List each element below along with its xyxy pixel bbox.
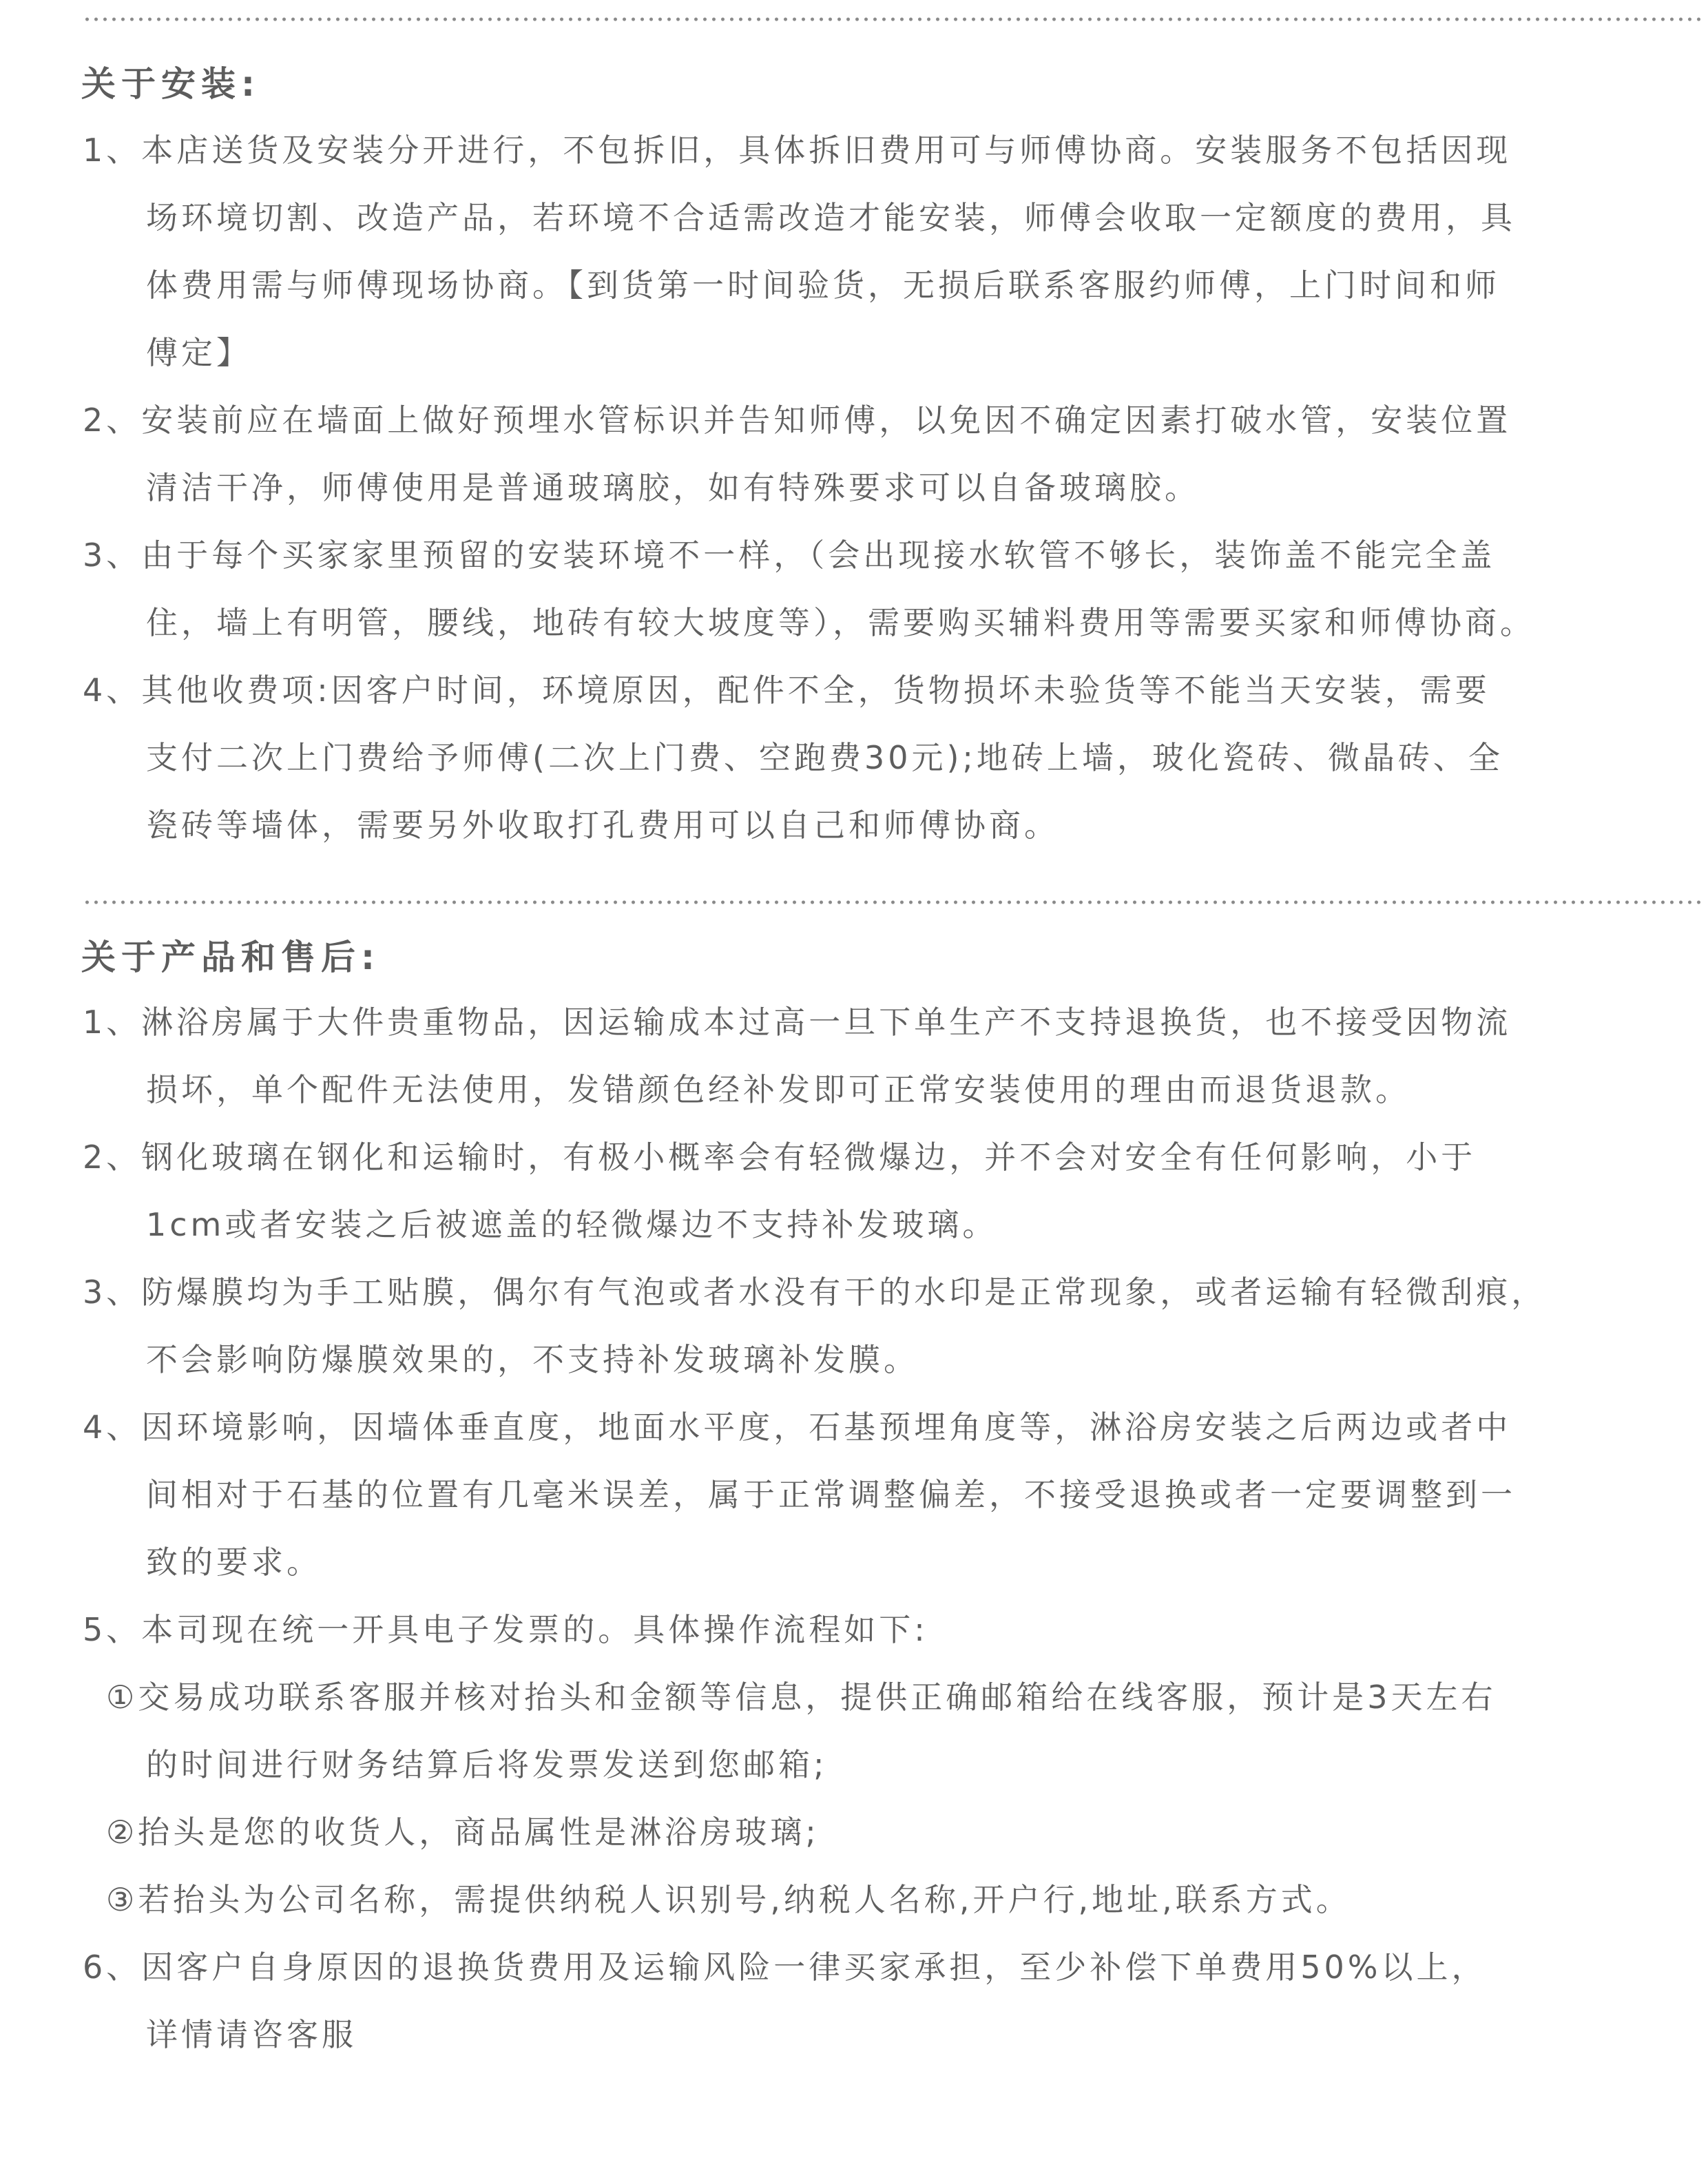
installation-terms-list: 1、本店送货及安装分开进行，不包拆旧，具体拆旧费用可与师傅协商。安装服务不包括因… [83, 116, 1694, 859]
list-item: 2、钢化玻璃在钢化和运输时，有极小概率会有轻微爆边，并不会对安全有任何影响，小于 [83, 1123, 1694, 1191]
list-item: 6、因客户自身原因的退换货费用及运输风险一律买家承担，至少补偿下单费用50%以上… [83, 1933, 1694, 2001]
list-item: 3、防爆膜均为手工贴膜，偶尔有气泡或者水没有干的水印是正常现象，或者运输有轻微刮… [83, 1258, 1694, 1326]
list-item-continuation: 损坏，单个配件无法使用，发错颜色经补发即可正常安装使用的理由而退货退款。 [83, 1056, 1694, 1123]
list-item-continuation: 住，墙上有明管，腰线，地砖有较大坡度等），需要购买辅料费用等需要买家和师傅协商。 [83, 589, 1694, 656]
list-item-continuation: 清洁干净，师傅使用是普通玻璃胶，如有特殊要求可以自备玻璃胶。 [83, 454, 1694, 521]
list-item-continuation: 不会影响防爆膜效果的，不支持补发玻璃补发膜。 [83, 1326, 1694, 1393]
list-item: 4、因环境影响，因墙体垂直度，地面水平度，石基预埋角度等，淋浴房安装之后两边或者… [83, 1393, 1694, 1461]
list-item-continuation: 致的要求。 [83, 1528, 1694, 1596]
list-item: 4、其他收费项:因客户时间，环境原因，配件不全，货物损坏未验货等不能当天安装，需… [83, 656, 1694, 724]
list-item-continuation: 傅定】 [83, 319, 1694, 386]
product-aftersales-terms-list: 1、淋浴房属于大件贵重物品，因运输成本过高一旦下单生产不支持退换货，也不接受因物… [83, 988, 1694, 2068]
section-heading-installation: 关于安装: [81, 63, 260, 105]
dotted-divider-top [83, 17, 1701, 21]
list-item-continuation: 间相对于石基的位置有几毫米误差，属于正常调整偏差，不接受退换或者一定要调整到一 [83, 1461, 1694, 1528]
list-item: 2、安装前应在墙面上做好预埋水管标识并告知师傅，以免因不确定因素打破水管，安装位… [83, 386, 1694, 454]
list-item-continuation: 场环境切割、改造产品，若环境不合适需改造才能安装，师傅会收取一定额度的费用，具 [83, 184, 1694, 251]
list-item-continuation: 支付二次上门费给予师傅(二次上门费、空跑费30元);地砖上墙，玻化瓷砖、微晶砖、… [83, 724, 1694, 791]
sub-list-item: ③若抬头为公司名称，需提供纳税人识别号,纳税人名称,开户行,地址,联系方式。 [83, 1866, 1694, 1933]
sub-list-item: ①交易成功联系客服并核对抬头和金额等信息，提供正确邮箱给在线客服，预计是3天左右 [83, 1663, 1694, 1731]
list-item: 3、由于每个买家家里预留的安装环境不一样，（会出现接水软管不够长，装饰盖不能完全… [83, 521, 1694, 589]
list-item-continuation: 1cm或者安装之后被遮盖的轻微爆边不支持补发玻璃。 [83, 1191, 1694, 1258]
list-item-continuation: 的时间进行财务结算后将发票发送到您邮箱; [83, 1731, 1694, 1798]
dotted-divider-middle [83, 900, 1701, 904]
section-heading-product-aftersales: 关于产品和售后: [81, 937, 380, 978]
sub-list-item: ②抬头是您的收货人，商品属性是淋浴房玻璃; [83, 1798, 1694, 1866]
list-item-continuation: 详情请咨客服 [83, 2001, 1694, 2068]
list-item: 1、本店送货及安装分开进行，不包拆旧，具体拆旧费用可与师傅协商。安装服务不包括因… [83, 116, 1694, 184]
list-item: 5、本司现在统一开具电子发票的。具体操作流程如下: [83, 1596, 1694, 1663]
list-item-continuation: 体费用需与师傅现场协商。【到货第一时间验货，无损后联系客服约师傅，上门时间和师 [83, 251, 1694, 319]
list-item: 1、淋浴房属于大件贵重物品，因运输成本过高一旦下单生产不支持退换货，也不接受因物… [83, 988, 1694, 1056]
list-item-continuation: 瓷砖等墙体，需要另外收取打孔费用可以自己和师傅协商。 [83, 791, 1694, 859]
